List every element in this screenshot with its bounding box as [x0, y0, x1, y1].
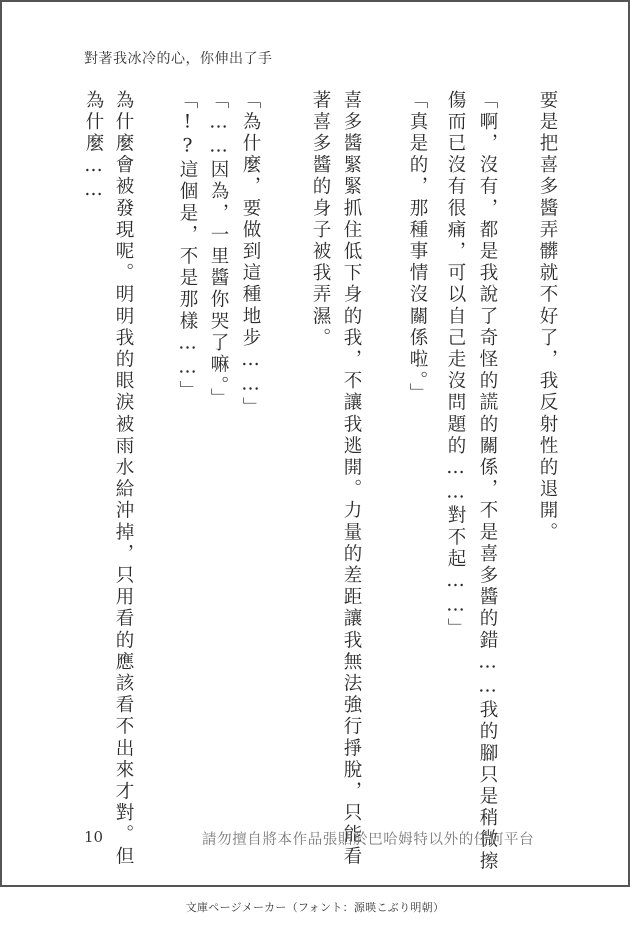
- text-column: 「真是的，那種事情沒關係啦。」: [406, 90, 428, 405]
- page-number: 10: [84, 828, 103, 846]
- text-column: 「……因為，一里醬你哭了嘛。」: [207, 90, 229, 410]
- text-column: 喜多醬緊緊抓住低下身的我，不讓我逃開。力量的差距讓我無法強行掙脫，只能看: [340, 90, 362, 868]
- text-column: 為什麼會被發現呢。明明我的眼淚被雨水給沖掉，只用看的應該看不出來才對。但: [112, 90, 134, 868]
- text-column: 為什麼……: [82, 90, 104, 203]
- text-column: 傷而已沒有很痛，可以自己走沒問題的……對不起……」: [444, 90, 466, 640]
- text-column: 「為什麼，要做到這種地步……」: [239, 90, 261, 419]
- text-column: 「!?這個是，不是那樣……」: [176, 90, 198, 402]
- text-column: 要是把喜多醬弄髒就不好了，我反射性的退開。: [536, 90, 558, 544]
- generator-credit: 文庫ページメーカー（フォント：源暎こぶり明朝）: [0, 899, 630, 915]
- copyright-notice: 請勿擅自將本作品張貼於巴哈姆特以外的任何平台: [202, 828, 534, 849]
- text-column: 「啊，沒有，都是我說了奇怪的謊的關係，不是喜多醬的錯……我的腳只是稍微擦: [476, 90, 498, 873]
- chapter-title: 對著我冰冷的心，你伸出了手: [84, 48, 273, 68]
- text-column: 著喜多醬的身子被我弄濕。: [309, 90, 331, 349]
- book-page: 對著我冰冷的心，你伸出了手 要是把喜多醬弄髒就不好了，我反射性的退開。 「啊，沒…: [0, 0, 630, 887]
